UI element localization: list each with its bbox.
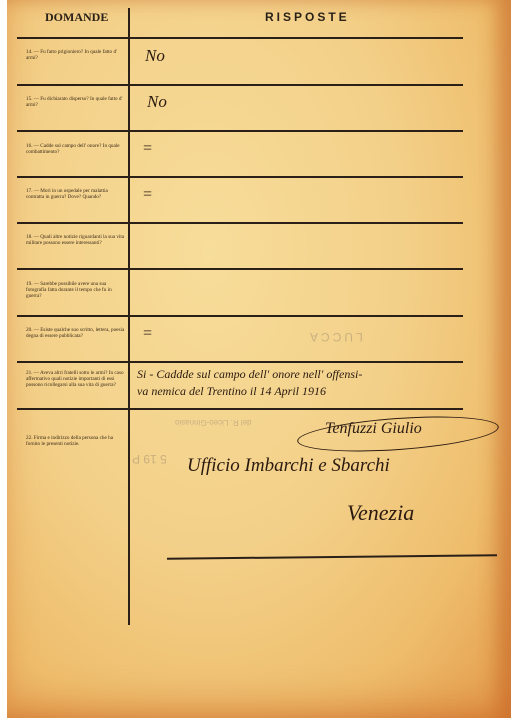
stamp-lucca: LUCCA	[307, 330, 363, 344]
header-risposte: RISPOSTE	[265, 10, 350, 24]
row-divider	[17, 222, 463, 224]
row-divider	[17, 37, 463, 39]
address-line2: Venezia	[347, 500, 414, 526]
row-divider	[17, 176, 463, 178]
answer-15: No	[147, 92, 167, 112]
row-divider	[17, 315, 463, 317]
question-19: 19. — Sarebbe possibile avere una sua fo…	[26, 281, 126, 299]
answer-21-line2: va nemica del Trentino il 14 April 1916	[137, 384, 326, 399]
answer-20: =	[142, 325, 153, 343]
answer-14: No	[145, 46, 165, 66]
address-line1: Ufficio Imbarchi e Sbarchi	[187, 455, 390, 477]
answer-17: =	[142, 186, 153, 204]
header-domande: DOMANDE	[45, 10, 108, 25]
question-20: 20. — Esiste qualche suo scritto, letter…	[26, 327, 126, 339]
question-22: 22. Firma e indirizzo della persona che …	[26, 435, 126, 447]
signature: Tenfuzzi Giulio	[325, 420, 422, 438]
stamp-number: 5 19 P	[132, 452, 167, 466]
question-14: 14. — Fu fatto prigioniero? In quale fat…	[26, 49, 126, 61]
question-16: 16. — Cadde sul campo dell' onore? In qu…	[26, 143, 126, 155]
row-divider	[17, 408, 463, 410]
question-21: 21. — Aveva altri fratelli sotto le armi…	[26, 370, 126, 388]
row-divider	[17, 268, 463, 270]
row-divider	[17, 361, 463, 363]
signature-underline	[167, 554, 497, 559]
row-divider	[17, 84, 463, 86]
stamp-liceo: del R. Liceo-Ginnasio	[175, 418, 251, 427]
questionnaire-page: DOMANDE RISPOSTE 14. — Fu fatto prigioni…	[7, 0, 511, 718]
question-15: 15. — Fu dichiarato disperso? In quale f…	[26, 96, 126, 108]
question-18: 18. — Quali altre notizie riguardanti la…	[26, 234, 126, 246]
answer-21-line1: Si - Caddde sul campo dell' onore nell' …	[137, 367, 362, 382]
answer-16: =	[142, 140, 153, 158]
question-17: 17. — Morì in un ospedale per malattia c…	[26, 188, 126, 200]
row-divider	[17, 130, 463, 132]
